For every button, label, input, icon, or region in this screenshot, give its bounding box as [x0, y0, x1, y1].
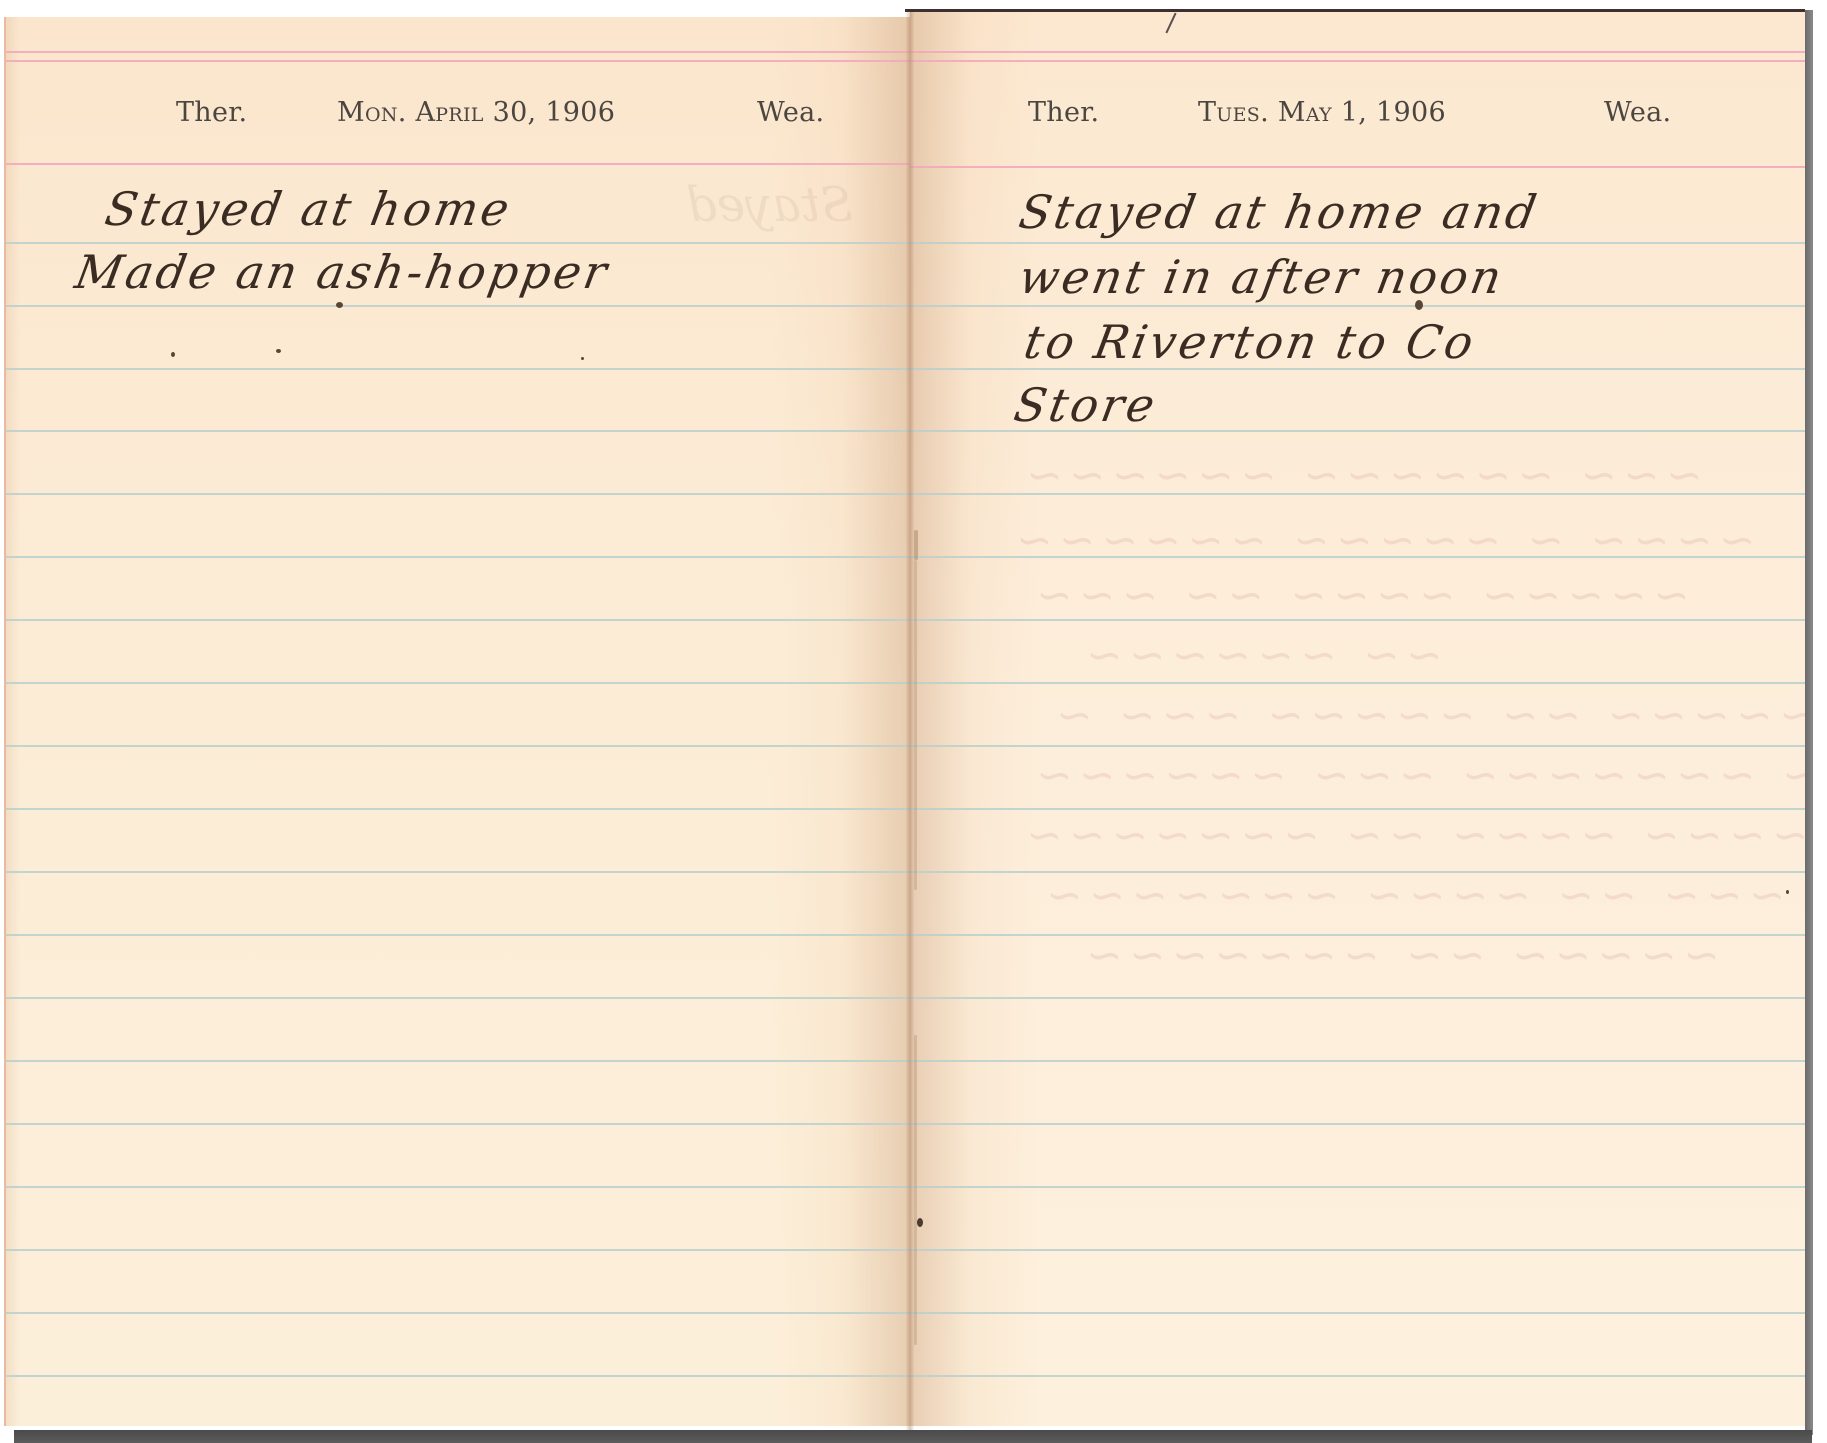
ink-speck: [1786, 890, 1789, 894]
ruled-line: [6, 1312, 912, 1314]
ink-blot: [1415, 300, 1423, 310]
book-cover-edge-right: [1805, 10, 1813, 1435]
ruled-line: [910, 997, 1805, 999]
ink-speck: [276, 349, 281, 353]
entry-line-1: Stayed at home: [101, 182, 516, 236]
date-heading: Mon. April 30, 1906: [337, 97, 615, 128]
bleed-through-texture: ~~~ ~~ ~~~~ ~~~~~~~: [1036, 870, 1791, 921]
ruled-line: [6, 1249, 912, 1251]
ruled-line: [910, 1375, 1805, 1377]
ruled-line: [910, 1060, 1805, 1062]
ruled-line: [910, 305, 1805, 307]
ruled-line: [6, 871, 912, 873]
ruled-line: [6, 305, 912, 307]
bleed-through-texture: ~~~~~ ~~~~ ~~ ~~~: [1026, 570, 1695, 621]
book-gutter: [906, 10, 914, 1430]
spine-stitch: [914, 530, 918, 560]
bleed-through-texture: ~~ ~~~~~~: [1076, 630, 1448, 681]
bleed-through-ghost: Stayed: [686, 177, 853, 233]
ruled-line: [6, 682, 912, 684]
right-page: Ther. Tues. May 1, 1906 Wea. ~~~ ~~~~~~ …: [910, 10, 1805, 1426]
bleed-through-texture: ~~ ~~ ~~~~~~~ ~~~ ~~~~~~: [1026, 750, 1805, 801]
bleed-through-texture: ~~~~~ ~~~~ ~~ ~~~~~~~: [1016, 810, 1805, 861]
spine-thread: [914, 1035, 917, 1345]
top-double-rule-1: [6, 51, 912, 53]
ruled-line: [6, 1060, 912, 1062]
spine-thread: [914, 560, 917, 890]
entry-line-2: Made an ash-hopper: [71, 245, 614, 299]
ruled-line: [6, 1123, 912, 1125]
ink-speck: [581, 357, 584, 360]
entry-line-2: went in after noon: [1015, 250, 1508, 304]
weather-label: Wea.: [757, 97, 824, 128]
thermometer-label: Ther.: [176, 97, 247, 128]
ruled-line: [6, 808, 912, 810]
ink-blot: [336, 302, 343, 308]
ruled-line: [6, 745, 912, 747]
top-double-rule-2: [6, 60, 912, 62]
ruled-line: [6, 493, 912, 495]
header-rule: [6, 163, 912, 165]
ruled-line: [6, 1375, 912, 1377]
ruled-line: [6, 997, 912, 999]
ruled-line: [910, 1249, 1805, 1251]
thermometer-label: Ther.: [1028, 97, 1099, 128]
ruled-line: [6, 430, 912, 432]
ruled-line: [6, 1186, 912, 1188]
entry-line-4: Store: [1010, 378, 1161, 432]
ink-speck: [171, 352, 175, 357]
left-page: Ther. Mon. April 30, 1906 Wea. Stayed St…: [4, 17, 912, 1426]
ruled-line: [6, 368, 912, 370]
ruled-line: [6, 934, 912, 936]
bleed-through-texture: ~~~~ ~ ~~~~~ ~~~~~~: [1006, 515, 1761, 566]
ruled-line: [910, 682, 1805, 684]
top-double-rule-1: [910, 51, 1805, 53]
ruled-line: [910, 242, 1805, 244]
spine-mark: [917, 1218, 923, 1227]
ruled-line: [910, 745, 1805, 747]
date-heading: Tues. May 1, 1906: [1198, 97, 1446, 128]
bleed-through-texture: ~~~~~~ ~~ ~~~~~ ~~~ ~: [1046, 690, 1805, 741]
bleed-through-texture: ~~~ ~~~~~~ ~~~~~~: [1016, 450, 1708, 501]
book-cover-edge-top: [905, 9, 1805, 12]
ruled-line: [6, 242, 912, 244]
header-rule: [910, 166, 1805, 168]
ruled-line: [6, 619, 912, 621]
book-cover-edge-bottom: [14, 1430, 1812, 1443]
ruled-line: [910, 1312, 1805, 1314]
ruled-line: [910, 1186, 1805, 1188]
diary-spread: Ther. Mon. April 30, 1906 Wea. Stayed St…: [0, 0, 1827, 1443]
bleed-through-texture: ~~~~~ ~~ ~~~~~~~: [1076, 930, 1725, 981]
entry-line-3: to Riverton to Co: [1020, 315, 1480, 369]
weather-label: Wea.: [1604, 97, 1671, 128]
ruled-line: [910, 1123, 1805, 1125]
top-double-rule-2: [910, 60, 1805, 62]
ruled-line: [6, 556, 912, 558]
entry-line-1: Stayed at home and: [1015, 185, 1543, 239]
